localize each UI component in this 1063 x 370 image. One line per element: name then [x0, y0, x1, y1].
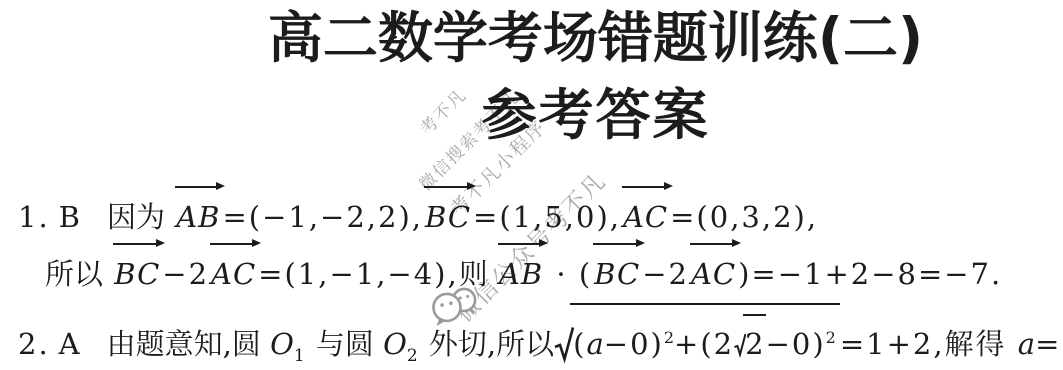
vector-AC: AC	[689, 246, 738, 303]
sqrt-expression: (a−0)2+(22−0)2	[554, 303, 840, 370]
answer-1-line-2: 所以 BC−2AC=(1,−1,−4),则 AB · (BC−2AC)=−1+2…	[18, 246, 1058, 303]
math-run: · (	[545, 257, 592, 291]
answer-number: 2.	[18, 327, 50, 361]
subscript: 2	[407, 346, 418, 366]
answer-choice: B	[59, 200, 80, 234]
vector-AB: AB	[174, 189, 222, 246]
text-run: 由题意知,圆	[107, 327, 270, 361]
math-run: (	[573, 327, 586, 361]
subscript: 1	[294, 346, 305, 366]
variable-O2: O	[383, 327, 407, 361]
math-run: =1.	[1035, 327, 1063, 361]
math-run: =(0,3,2),	[670, 200, 818, 234]
math-run: −2	[162, 257, 209, 291]
vector-BC: BC	[112, 246, 162, 303]
math-run: =(1,5,0),	[473, 200, 621, 234]
vector-AC: AC	[209, 246, 258, 303]
document-page: 考不凡 微信搜索考不凡 考不凡小程序 微信公众号考不凡 高二数学考场错题训练(二…	[0, 0, 1063, 370]
answer-2-line-1: 2.A由题意知,圆 O1 与圆 O2 外切,所以(a−0)2+(22−0)2=1…	[18, 303, 1058, 360]
answer-number: 1.	[18, 200, 50, 234]
math-run: −0)	[604, 327, 664, 361]
text-run: 所以	[45, 257, 112, 291]
math-run: −2	[642, 257, 689, 291]
math-run: −0)	[766, 327, 826, 361]
text-run: 外切,所以	[420, 327, 554, 361]
superscript: 2	[664, 328, 674, 347]
math-run: +(2	[674, 327, 734, 361]
variable-O1: O	[270, 327, 294, 361]
radicand: (a−0)2+(22−0)2	[570, 303, 840, 370]
page-title: 高二数学考场错题训练(二)	[64, 10, 1063, 68]
math-run: =(1,−1,−4),	[258, 257, 459, 291]
page-subtitle: 参考答案	[64, 88, 1063, 143]
answer-1-line-1: 1.B因为 AB=(−1,−2,2),BC=(1,5,0),AC=(0,3,2)…	[18, 189, 1058, 246]
inner-sqrt: 2	[734, 314, 765, 370]
vector-BC: BC	[423, 189, 473, 246]
vector-BC: BC	[592, 246, 642, 303]
variable-a: a	[1018, 327, 1035, 361]
variable-a: a	[586, 327, 603, 361]
vector-AB: AB	[497, 246, 545, 303]
superscript: 2	[826, 328, 836, 347]
answers-section: 1.B因为 AB=(−1,−2,2),BC=(1,5,0),AC=(0,3,2)…	[18, 189, 1058, 360]
text-run: 则	[459, 257, 497, 291]
text-run: 因为	[107, 200, 174, 234]
math-run: =1+2,解得	[840, 327, 1018, 361]
vector-AC: AC	[621, 189, 670, 246]
inner-radicand: 2	[743, 314, 765, 370]
header: 高二数学考场错题训练(二) 参考答案	[64, 10, 1063, 143]
text-run: 与圆	[307, 327, 383, 361]
answer-choice: A	[59, 327, 80, 361]
math-run: =(−1,−2,2),	[222, 200, 423, 234]
math-run: )=−1+2−8=−7.	[738, 257, 1002, 291]
